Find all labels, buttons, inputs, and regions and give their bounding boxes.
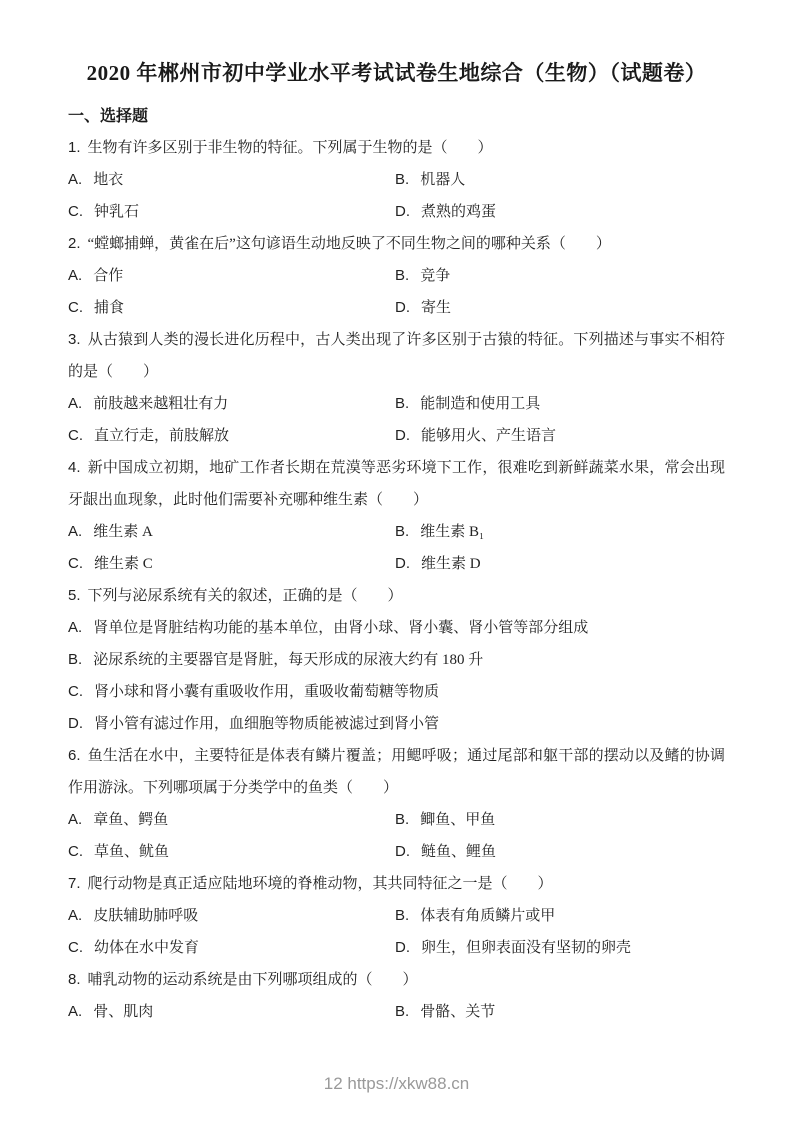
question-body: 生物有许多区别于非生物的特征。下列属于生物的是（ ） — [88, 140, 493, 156]
option-text: 能够用火、产生语言 — [421, 428, 556, 444]
option-letter: C. — [68, 203, 83, 220]
option-c: C.幼体在水中发育 — [68, 932, 395, 964]
option-a: A.地衣 — [68, 164, 395, 196]
option-text: 肾单位是肾脏结构功能的基本单位，由肾小球、肾小囊、肾小管等部分组成 — [93, 620, 588, 636]
option-a: A.皮肤辅助肺呼吸 — [68, 900, 395, 932]
option-b: B.能制造和使用工具 — [395, 388, 725, 420]
question-number: 1. — [68, 139, 81, 156]
option-letter: D. — [395, 203, 410, 220]
option-letter: C. — [68, 427, 83, 444]
section-heading: 一、选择题 — [68, 104, 725, 130]
option-letter: B. — [395, 267, 409, 284]
option-letter: B. — [395, 395, 409, 412]
option-b: B.骨骼、关节 — [395, 996, 725, 1028]
option-text: 维生素 B₁ — [420, 524, 484, 540]
option-letter: C. — [68, 683, 83, 700]
option-a: A.肾单位是肾脏结构功能的基本单位，由肾小球、肾小囊、肾小管等部分组成 — [68, 612, 725, 644]
question-body: 哺乳动物的运动系统是由下列哪项组成的（ ） — [88, 972, 418, 988]
question-body: 爬行动物是真正适应陆地环境的脊椎动物，其共同特征之一是（ ） — [88, 876, 553, 892]
question-text: 5.下列与泌尿系统有关的叙述，正确的是（ ） — [68, 580, 725, 612]
option-text: 合作 — [93, 268, 123, 284]
question-body: 新中国成立初期，地矿工作者长期在荒漠等恶劣环境下工作，很难吃到新鲜蔬菜水果，常会… — [68, 460, 725, 508]
option-d: D.寄生 — [395, 292, 725, 324]
question-body: 从古猿到人类的漫长进化历程中，古人类出现了许多区别于古猿的特征。下列描述与事实不… — [68, 332, 725, 380]
option-d: D.鲢鱼、鲤鱼 — [395, 836, 725, 868]
option-c: C.钟乳石 — [68, 196, 395, 228]
option-letter: A. — [68, 619, 82, 636]
option-letter: D. — [395, 299, 410, 316]
question-text: 2.“螳螂捕蝉，黄雀在后”这句谚语生动地反映了不同生物之间的哪种关系（ ） — [68, 228, 725, 260]
question-text: 8.哺乳动物的运动系统是由下列哪项组成的（ ） — [68, 964, 725, 996]
option-text: 肾小球和肾小囊有重吸收作用，重吸收葡萄糖等物质 — [94, 684, 439, 700]
option-letter: B. — [68, 651, 82, 668]
question-1: 1.生物有许多区别于非生物的特征。下列属于生物的是（ ） A.地衣 B.机器人 … — [68, 132, 725, 228]
question-text: 4.新中国成立初期，地矿工作者长期在荒漠等恶劣环境下工作，很难吃到新鲜蔬菜水果，… — [68, 452, 725, 516]
option-letter: B. — [395, 1003, 409, 1020]
question-text: 7.爬行动物是真正适应陆地环境的脊椎动物，其共同特征之一是（ ） — [68, 868, 725, 900]
question-body: 鱼生活在水中，主要特征是体表有鳞片覆盖；用鳃呼吸；通过尾部和躯干部的摆动以及鳍的… — [68, 748, 725, 796]
option-text: 骨、肌肉 — [93, 1004, 153, 1020]
option-text: 能制造和使用工具 — [420, 396, 540, 412]
option-text: 维生素 A — [93, 524, 153, 540]
option-text: 直立行走，前肢解放 — [94, 428, 229, 444]
question-number: 3. — [68, 331, 81, 348]
option-letter: A. — [68, 395, 82, 412]
option-text: 幼体在水中发育 — [94, 940, 199, 956]
page-footer-watermark: 12 https://xkw88.cn — [0, 1074, 793, 1094]
option-letter: B. — [395, 811, 409, 828]
option-c: C.捕食 — [68, 292, 395, 324]
option-c: C.直立行走，前肢解放 — [68, 420, 395, 452]
options-list: A.骨、肌肉 B.骨骼、关节 — [68, 996, 725, 1028]
option-b: B.维生素 B₁ — [395, 516, 725, 548]
question-number: 7. — [68, 875, 81, 892]
question-number: 8. — [68, 971, 81, 988]
option-b: B.鲫鱼、甲鱼 — [395, 804, 725, 836]
option-text: 卵生，但卵表面没有坚韧的卵壳 — [421, 940, 631, 956]
question-text: 6.鱼生活在水中，主要特征是体表有鳞片覆盖；用鳃呼吸；通过尾部和躯干部的摆动以及… — [68, 740, 725, 804]
option-text: 钟乳石 — [94, 204, 139, 220]
question-6: 6.鱼生活在水中，主要特征是体表有鳞片覆盖；用鳃呼吸；通过尾部和躯干部的摆动以及… — [68, 740, 725, 868]
option-letter: A. — [68, 907, 82, 924]
option-letter: A. — [68, 171, 82, 188]
option-letter: A. — [68, 523, 82, 540]
options-list: A.皮肤辅助肺呼吸 B.体表有角质鳞片或甲 C.幼体在水中发育 D.卵生，但卵表… — [68, 900, 725, 964]
option-text: 竞争 — [420, 268, 450, 284]
option-c: C.肾小球和肾小囊有重吸收作用，重吸收葡萄糖等物质 — [68, 676, 725, 708]
option-b: B.竞争 — [395, 260, 725, 292]
options-list: A.维生素 A B.维生素 B₁ C.维生素 C D.维生素 D — [68, 516, 725, 580]
question-text: 1.生物有许多区别于非生物的特征。下列属于生物的是（ ） — [68, 132, 725, 164]
question-number: 4. — [68, 459, 81, 476]
question-8: 8.哺乳动物的运动系统是由下列哪项组成的（ ） A.骨、肌肉 B.骨骼、关节 — [68, 964, 725, 1028]
options-list: A.章鱼、鳄鱼 B.鲫鱼、甲鱼 C.草鱼、鱿鱼 D.鲢鱼、鲤鱼 — [68, 804, 725, 868]
option-letter: D. — [395, 427, 410, 444]
option-b: B.体表有角质鳞片或甲 — [395, 900, 725, 932]
option-text: 骨骼、关节 — [420, 1004, 495, 1020]
option-text: 章鱼、鳄鱼 — [93, 812, 168, 828]
question-text: 3.从古猿到人类的漫长进化历程中，古人类出现了许多区别于古猿的特征。下列描述与事… — [68, 324, 725, 388]
option-letter: A. — [68, 267, 82, 284]
option-text: 捕食 — [94, 300, 124, 316]
option-d: D.煮熟的鸡蛋 — [395, 196, 725, 228]
option-d: D.肾小管有滤过作用，血细胞等物质能被滤过到肾小管 — [68, 708, 725, 740]
question-body: “螳螂捕蝉，黄雀在后”这句谚语生动地反映了不同生物之间的哪种关系（ ） — [88, 236, 611, 252]
exam-page: 2020 年郴州市初中学业水平考试试卷生地综合（生物）（试题卷） 一、选择题 1… — [0, 0, 793, 1122]
option-d: D.卵生，但卵表面没有坚韧的卵壳 — [395, 932, 725, 964]
option-c: C.草鱼、鱿鱼 — [68, 836, 395, 868]
question-5: 5.下列与泌尿系统有关的叙述，正确的是（ ） A.肾单位是肾脏结构功能的基本单位… — [68, 580, 725, 740]
option-c: C.维生素 C — [68, 548, 395, 580]
option-b: B.机器人 — [395, 164, 725, 196]
option-a: A.前肢越来越粗壮有力 — [68, 388, 395, 420]
option-text: 前肢越来越粗壮有力 — [93, 396, 228, 412]
option-letter: C. — [68, 843, 83, 860]
question-3: 3.从古猿到人类的漫长进化历程中，古人类出现了许多区别于古猿的特征。下列描述与事… — [68, 324, 725, 452]
option-letter: C. — [68, 939, 83, 956]
question-body: 下列与泌尿系统有关的叙述，正确的是（ ） — [88, 588, 403, 604]
question-7: 7.爬行动物是真正适应陆地环境的脊椎动物，其共同特征之一是（ ） A.皮肤辅助肺… — [68, 868, 725, 964]
option-letter: A. — [68, 1003, 82, 1020]
option-text: 鲫鱼、甲鱼 — [420, 812, 495, 828]
question-2: 2.“螳螂捕蝉，黄雀在后”这句谚语生动地反映了不同生物之间的哪种关系（ ） A.… — [68, 228, 725, 324]
question-number: 2. — [68, 235, 81, 252]
option-a: A.维生素 A — [68, 516, 395, 548]
option-b: B.泌尿系统的主要器官是肾脏，每天形成的尿液大约有 180 升 — [68, 644, 725, 676]
options-list: A.肾单位是肾脏结构功能的基本单位，由肾小球、肾小囊、肾小管等部分组成 B.泌尿… — [68, 612, 725, 740]
option-text: 维生素 C — [94, 556, 153, 572]
option-text: 肾小管有滤过作用，血细胞等物质能被滤过到肾小管 — [94, 716, 439, 732]
option-letter: B. — [395, 171, 409, 188]
option-text: 皮肤辅助肺呼吸 — [93, 908, 198, 924]
options-list: A.地衣 B.机器人 C.钟乳石 D.煮熟的鸡蛋 — [68, 164, 725, 228]
option-d: D.能够用火、产生语言 — [395, 420, 725, 452]
option-letter: D. — [395, 939, 410, 956]
option-letter: C. — [68, 299, 83, 316]
option-text: 体表有角质鳞片或甲 — [420, 908, 555, 924]
question-number: 6. — [68, 747, 81, 764]
option-letter: D. — [395, 843, 410, 860]
question-4: 4.新中国成立初期，地矿工作者长期在荒漠等恶劣环境下工作，很难吃到新鲜蔬菜水果，… — [68, 452, 725, 580]
option-letter: D. — [68, 715, 83, 732]
option-letter: C. — [68, 555, 83, 572]
option-a: A.合作 — [68, 260, 395, 292]
option-letter: B. — [395, 523, 409, 540]
option-letter: A. — [68, 811, 82, 828]
option-text: 煮熟的鸡蛋 — [421, 204, 496, 220]
option-text: 泌尿系统的主要器官是肾脏，每天形成的尿液大约有 180 升 — [93, 652, 483, 668]
option-text: 维生素 D — [421, 556, 481, 572]
option-text: 寄生 — [421, 300, 451, 316]
option-a: A.章鱼、鳄鱼 — [68, 804, 395, 836]
option-text: 地衣 — [93, 172, 123, 188]
page-title: 2020 年郴州市初中学业水平考试试卷生地综合（生物）（试题卷） — [68, 58, 725, 88]
option-a: A.骨、肌肉 — [68, 996, 395, 1028]
options-list: A.合作 B.竞争 C.捕食 D.寄生 — [68, 260, 725, 324]
options-list: A.前肢越来越粗壮有力 B.能制造和使用工具 C.直立行走，前肢解放 D.能够用… — [68, 388, 725, 452]
option-text: 机器人 — [420, 172, 465, 188]
question-number: 5. — [68, 587, 81, 604]
option-letter: B. — [395, 907, 409, 924]
option-text: 鲢鱼、鲤鱼 — [421, 844, 496, 860]
option-d: D.维生素 D — [395, 548, 725, 580]
option-text: 草鱼、鱿鱼 — [94, 844, 169, 860]
option-letter: D. — [395, 555, 410, 572]
